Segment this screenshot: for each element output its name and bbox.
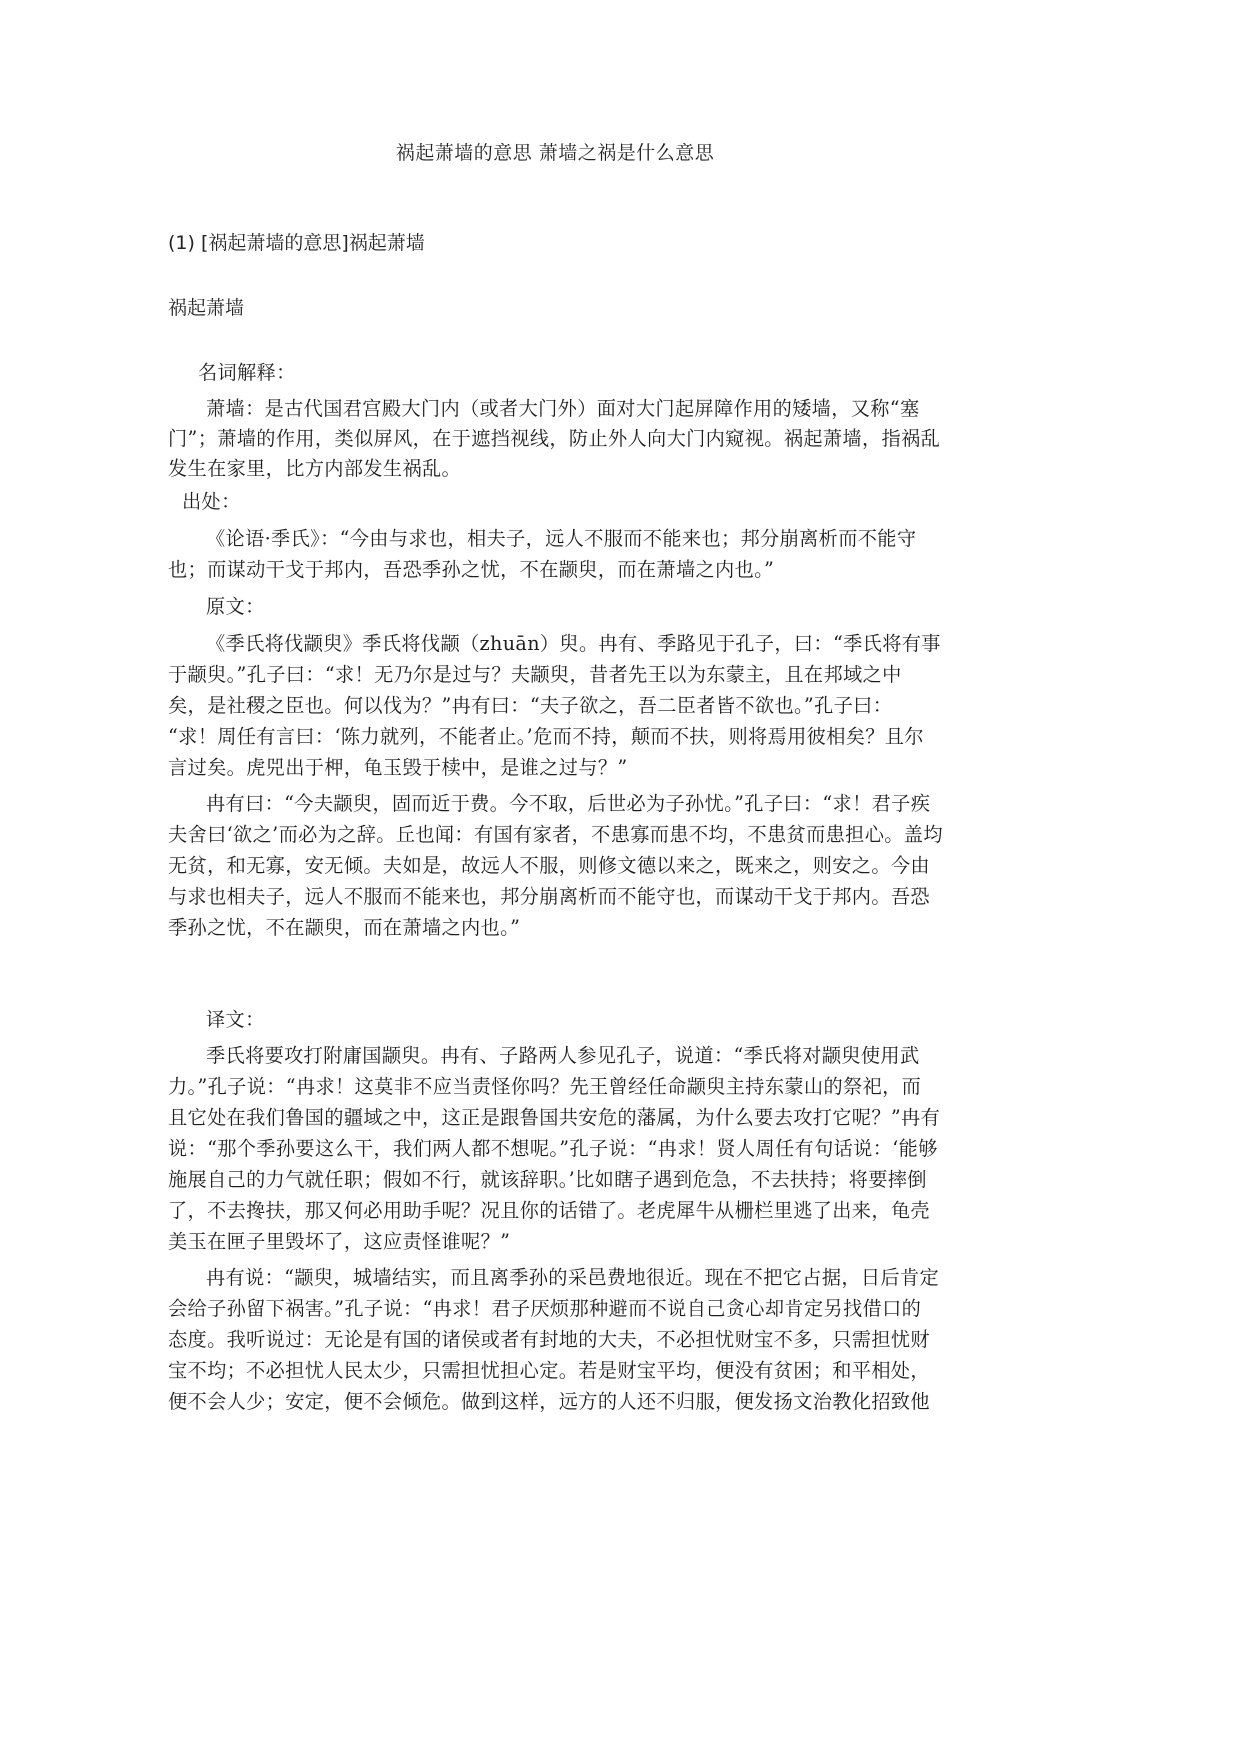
body-line: 力。”孔子说：“冉求！这莫非不应当责怪你吗？先王曾经任命颛臾主持东蒙山的祭祀，而 — [168, 1072, 921, 1099]
body-line: 萧墙：是古代国君宫殿大门内（或者大门外）面对大门起屏障作用的矮墙，又称“塞 — [206, 394, 920, 421]
body-line: 宝不均；不必担忧人民太少，只需担忧担心定。若是财宝平均，便没有贫困；和平相处， — [168, 1356, 930, 1383]
body-line: 季孙之忧，不在颛臾，而在萧墙之内也。” — [168, 913, 520, 940]
body-line: 态度。我听说过：无论是有国的诸侯或者有封地的大夫，不必担忧财宝不多，只需担忧财 — [168, 1325, 930, 1352]
body-line: 译文： — [206, 1005, 265, 1032]
document-title: 祸起萧墙的意思 萧墙之祸是什么意思 — [0, 138, 1110, 165]
body-line: 门”；萧墙的作用，类似屏风，在于遮挡视线，防止外人向大门内窥视。祸起萧墙，指祸乱 — [168, 424, 940, 451]
subheading: 祸起萧墙 — [168, 293, 244, 320]
body-line: 原文： — [206, 592, 265, 619]
body-line: 季氏将要攻打附庸国颛臾。冉有、子路两人参见孔子，说道：“季氏将对颛臾使用武 — [206, 1041, 920, 1068]
body-line: 也；而谋动干戈于邦内，吾恐季孙之忧，不在颛臾，而在萧墙之内也。” — [168, 555, 774, 582]
body-line: 会给子孙留下祸害。”孔子说：“冉求！君子厌烦那种避而不说自己贪心却肯定另找借口的 — [168, 1294, 921, 1321]
body-line: 便不会人少；安定，便不会倾危。做到这样，远方的人还不归服，便发扬文治教化招致他 — [168, 1387, 930, 1414]
body-line: “求！周任有言曰：‘陈力就列，不能者止。’危而不持，颠而不扶，则将焉用彼相矣？且… — [168, 722, 924, 749]
body-line: 言过矣。虎兕出于柙，龟玉毁于椟中，是谁之过与？” — [168, 753, 628, 780]
body-line: 名词解释： — [198, 358, 296, 385]
body-line: 矣，是社稷之臣也。何以伐为？”冉有曰：“夫子欲之，吾二臣者皆不欲也。”孔子曰： — [168, 691, 892, 718]
body-line: 夫舍曰‘欲之’而必为之辞。丘也闻：有国有家者，不患寡而患不均，不患贫而患担心。盖… — [168, 820, 943, 847]
body-line: 于颛臾。”孔子曰：“求！无乃尔是过与？夫颛臾，昔者先王以为东蒙主，且在邦域之中 — [168, 660, 902, 687]
body-line: 发生在家里，比方内部发生祸乱。 — [168, 454, 461, 481]
body-line: 且它处在我们鲁国的疆域之中，这正是跟鲁国共安危的藩属，为什么要去攻打它呢？”冉有 — [168, 1103, 940, 1130]
body-line: 了，不去搀扶，那又何必用助手呢？况且你的话错了。老虎犀牛从栅栏里逃了出来，龟壳 — [168, 1196, 930, 1223]
body-line: 说：“那个季孙要这么干，我们两人都不想呢。”孔子说：“冉求！贤人周任有句话说：‘… — [168, 1134, 938, 1161]
document-page: 祸起萧墙的意思 萧墙之祸是什么意思 (1) [祸起萧墙的意思]祸起萧墙 祸起萧墙… — [0, 0, 1240, 1753]
body-line: 出处： — [182, 487, 241, 514]
body-line: 施展自己的力气就任职；假如不行，就该辞职。’比如瞎子遇到危急，不去扶持；将要摔倒 — [168, 1165, 927, 1192]
section-heading: (1) [祸起萧墙的意思]祸起萧墙 — [168, 228, 425, 255]
body-line: 《论语·季氏》：“今由与求也，相夫子，远人不服而不能来也；邦分崩离析而不能守 — [206, 524, 916, 551]
body-line: 冉有说：“颛臾，城墙结实，而且离季孙的采邑费地很近。现在不把它占据，日后肯定 — [206, 1263, 939, 1290]
body-line: 《季氏将伐颛臾》季氏将伐颛（zhuān）臾。冉有、季路见于孔子，曰：“季氏将有事 — [206, 629, 941, 656]
body-line: 美玉在匣子里毁坏了，这应责怪谁呢？” — [168, 1227, 510, 1254]
body-line: 与求也相夫子，远人不服而不能来也，邦分崩离析而不能守也，而谋动干戈于邦内。吾恐 — [168, 882, 930, 909]
body-line: 无贫，和无寡，安无倾。夫如是，故远人不服，则修文德以来之，既来之，则安之。今由 — [168, 851, 930, 878]
body-line: 冉有曰：“今夫颛臾，固而近于费。今不取，后世必为子孙忧。”孔子曰：“求！君子疾 — [206, 789, 930, 816]
